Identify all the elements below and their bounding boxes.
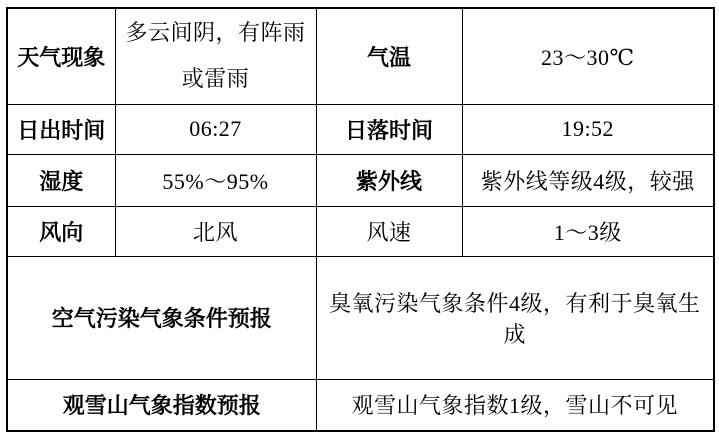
table-row: 观雪山气象指数预报 观雪山气象指数1级，雪山不可见 — [7, 379, 714, 431]
table-row: 天气现象 多云间阴，有阵雨 或雷雨 气温 23～30℃ — [7, 8, 714, 104]
table-row: 风向 北风 风速 1～3级 — [7, 206, 714, 256]
sunset-time-label: 日落时间 — [316, 104, 462, 154]
table-row: 湿度 55%～95% 紫外线 紫外线等级4级，较强 — [7, 154, 714, 206]
table-row: 空气污染气象条件预报 臭氧污染气象条件4级，有利于臭氧生成 — [7, 256, 714, 379]
snow-mountain-index-label: 观雪山气象指数预报 — [7, 379, 316, 431]
table-row: 日出时间 06:27 日落时间 19:52 — [7, 104, 714, 154]
humidity-value: 55%～95% — [115, 154, 316, 206]
humidity-label: 湿度 — [7, 154, 115, 206]
uv-index-value: 紫外线等级4级，较强 — [462, 154, 714, 206]
wind-direction-label: 风向 — [7, 206, 115, 256]
weather-forecast-table: 天气现象 多云间阴，有阵雨 或雷雨 气温 23～30℃ 日出时间 06:27 日… — [6, 7, 715, 432]
sunrise-time-value: 06:27 — [115, 104, 316, 154]
snow-mountain-index-value: 观雪山气象指数1级，雪山不可见 — [316, 379, 714, 431]
sunrise-time-label: 日出时间 — [7, 104, 115, 154]
sunset-time-value: 19:52 — [462, 104, 714, 154]
air-pollution-forecast-label: 空气污染气象条件预报 — [7, 256, 316, 379]
temperature-value: 23～30℃ — [462, 8, 714, 104]
weather-phenomenon-value: 多云间阴，有阵雨 或雷雨 — [115, 8, 316, 104]
temperature-label: 气温 — [316, 8, 462, 104]
wind-direction-value: 北风 — [115, 206, 316, 256]
wind-speed-label: 风速 — [316, 206, 462, 256]
weather-phenomenon-label: 天气现象 — [7, 8, 115, 104]
wind-speed-value: 1～3级 — [462, 206, 714, 256]
uv-index-label: 紫外线 — [316, 154, 462, 206]
air-pollution-forecast-value: 臭氧污染气象条件4级，有利于臭氧生成 — [316, 256, 714, 379]
